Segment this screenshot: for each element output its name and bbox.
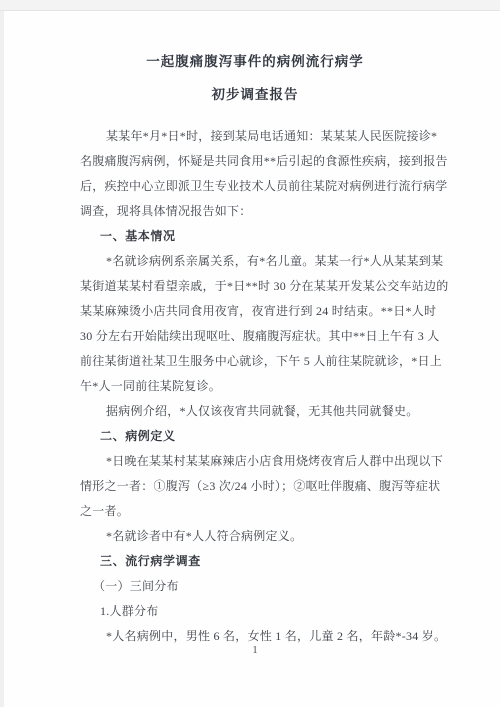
body-line: 之一者。 xyxy=(80,499,430,524)
body-line: 午*人一同前往某院复诊。 xyxy=(80,374,430,399)
body-line: 30 分左右开始陆续出现呕吐、腹痛腹泻症状。其中**日上午有 3 人 xyxy=(80,324,430,349)
body-line: *日晚在某某村某某麻辣店小店食用烧烤夜宵后人群中出现以下 xyxy=(80,449,430,474)
document-title: 一起腹痛腹泻事件的病例流行病学 xyxy=(80,45,430,78)
body-line: 某某麻辣烫小店共同食用夜宵，夜宵进行到 24 时结束。**日*人时 xyxy=(80,299,430,324)
body-line: 某街道某某村看望亲戚，于*日**时 30 分在某某开发某公交车站边的 xyxy=(80,274,430,299)
intro-line: 名腹痛腹泻病例，怀疑是共同食用**后引起的食源性疾病，接到报告 xyxy=(80,149,430,174)
section-basic-paragraph: *名就诊病例系亲属关系，有*名儿童。某某一行*人从某某到某 某街道某某村看望亲戚… xyxy=(80,249,430,399)
intro-line: 调查，现将具体情况报告如下： xyxy=(80,199,430,224)
document-subtitle: 初步调查报告 xyxy=(80,78,430,111)
document-page: 一起腹痛腹泻事件的病例流行病学 初步调查报告 某某年*月*日*时，接到某局电话通… xyxy=(4,12,500,707)
scan-top-margin xyxy=(0,0,500,11)
section-definition-paragraph: *日晚在某某村某某麻辣店小店食用烧烤夜宵后人群中出现以下 情形之一者：①腹泻（≥… xyxy=(80,449,430,524)
section-basic-note: 据病例介绍，*人仅该夜宵共同就餐，无其他共同就餐史。 xyxy=(80,399,430,424)
intro-paragraph: 某某年*月*日*时，接到某局电话通知：某某某人民医院接诊* 名腹痛腹泻病例，怀疑… xyxy=(80,124,430,224)
body-line: *名就诊病例系亲属关系，有*名儿童。某某一行*人从某某到某 xyxy=(80,249,430,274)
section-basic-heading: 一、基本情况 xyxy=(80,224,430,249)
section-epi-heading: 三、流行病学调查 xyxy=(80,549,430,574)
document-body: 一起腹痛腹泻事件的病例流行病学 初步调查报告 某某年*月*日*时，接到某局电话通… xyxy=(4,12,500,657)
intro-line: 某某年*月*日*时，接到某局电话通知：某某某人民医院接诊* xyxy=(80,124,430,149)
section-epi-subheading-1: （一）三间分布 xyxy=(80,574,430,599)
body-line: 前往某街道社某卫生服务中心就诊，下午 5 人前往某院就诊，*日上 xyxy=(80,349,430,374)
section-definition-heading: 二、病例定义 xyxy=(80,424,430,449)
body-line: 情形之一者：①腹泻（≥3 次/24 小时）；②呕吐伴腹痛、腹泻等症状 xyxy=(80,474,430,499)
intro-line: 后，疾控中心立即派卫生专业技术人员前往某院对病例进行流行病学 xyxy=(80,174,430,199)
section-epi-subheading-2: 1.人群分布 xyxy=(80,599,430,624)
section-definition-note: *名就诊者中有*人人符合病例定义。 xyxy=(80,524,430,549)
